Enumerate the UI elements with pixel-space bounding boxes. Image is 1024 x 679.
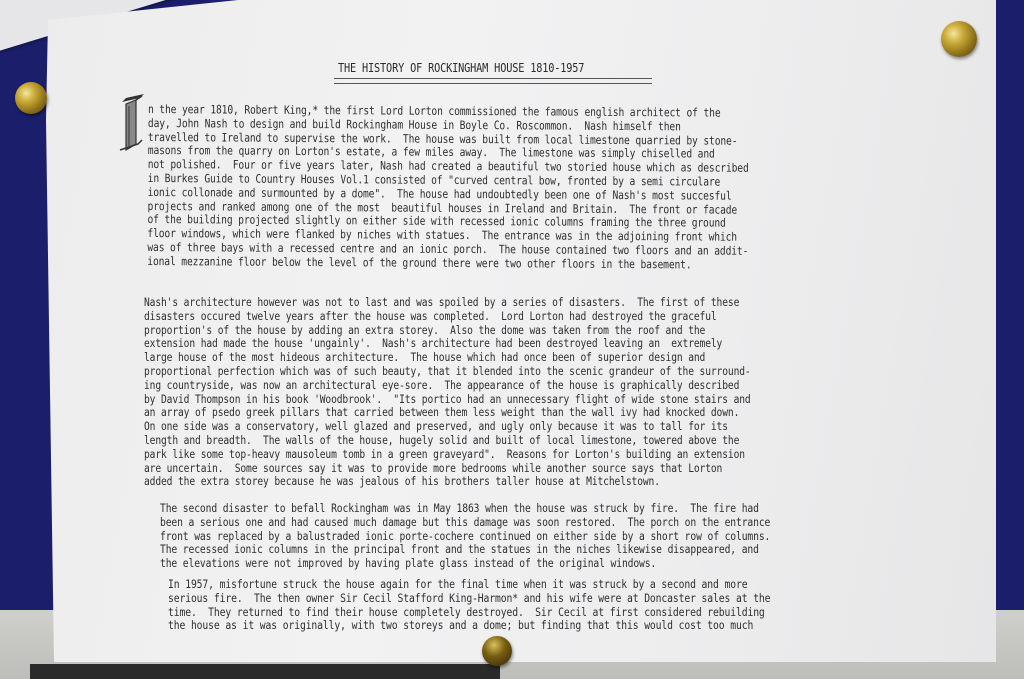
text-line: park like some top-heavy mausoleum tomb … (144, 448, 751, 462)
text-line: Nash's architecture however was not to l… (144, 296, 751, 310)
title-double-underline (334, 78, 652, 84)
drop-cap-letter-i (118, 92, 148, 154)
text-line: the elevations were not improved by havi… (160, 557, 770, 571)
text-line: been a serious one and had caused much d… (160, 516, 770, 530)
text-line: proportion's of the house by adding an e… (144, 324, 751, 338)
pin-icon (941, 21, 977, 57)
text-line: The second disaster to befall Rockingham… (160, 502, 770, 516)
paragraph-4: In 1957, misfortune struck the house aga… (168, 578, 770, 633)
board-edge-strip (30, 664, 500, 679)
text-line: the house as it was originally, with two… (168, 619, 770, 633)
text-line: ing countryside, was now an architectura… (144, 379, 751, 393)
text-line: front was replaced by a balustraded ioni… (160, 530, 770, 544)
text-line: large house of the most hideous architec… (144, 351, 751, 365)
text-line: extension had made the house 'ungainly'.… (144, 337, 751, 351)
text-line: added the extra storey because he was je… (144, 475, 751, 489)
paragraph-3: The second disaster to befall Rockingham… (160, 502, 770, 571)
document-title: THE HISTORY OF ROCKINGHAM HOUSE 1810-195… (338, 60, 584, 75)
text-line: an array of psedo greek pillars that car… (144, 406, 751, 420)
text-line: The recessed ionic columns in the princi… (160, 543, 770, 557)
text-line: time. They returned to find their house … (168, 606, 770, 620)
paragraph-2: Nash's architecture however was not to l… (144, 296, 751, 489)
text-line: disasters occured twelve years after the… (144, 310, 751, 324)
text-line: serious fire. The then owner Sir Cecil S… (168, 592, 770, 606)
text-line: by David Thompson in his book 'Woodbrook… (144, 393, 751, 407)
text-line: length and breadth. The walls of the hou… (144, 434, 751, 448)
pin-icon (15, 82, 47, 114)
text-line: In 1957, misfortune struck the house aga… (168, 578, 770, 592)
text-line: On one side was a conservatory, well gla… (144, 420, 751, 434)
pin-icon (482, 636, 512, 666)
text-line: are uncertain. Some sources say it was t… (144, 462, 751, 476)
text-line: proportional perfection which was of suc… (144, 365, 751, 379)
paragraph-1: n the year 1810, Robert King,* the first… (147, 103, 749, 272)
